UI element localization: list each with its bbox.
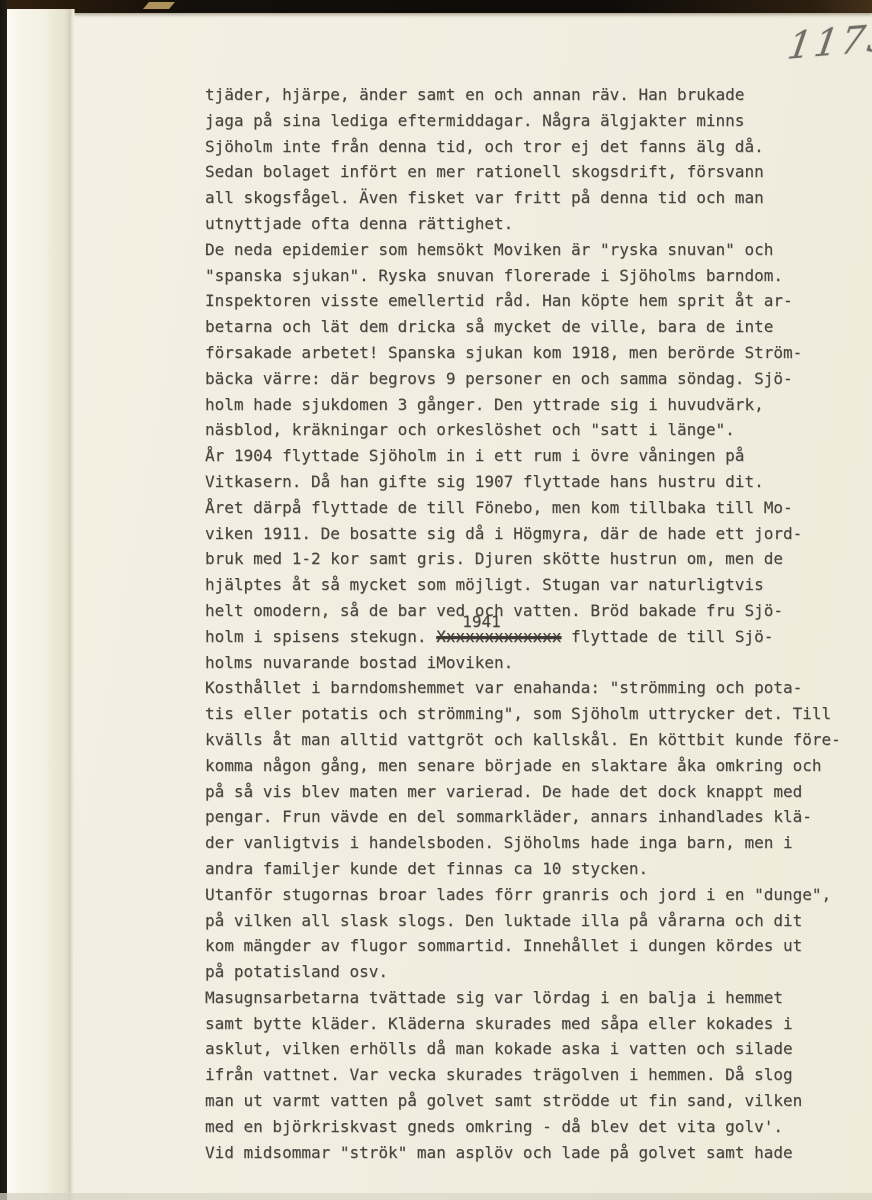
typed-line: man ut varmt vatten på golvet samt ströd… xyxy=(205,1088,855,1114)
typed-line: Inspektoren visste emellertid råd. Han k… xyxy=(205,288,855,314)
typed-line: Sedan bolaget infört en mer rationell sk… xyxy=(205,159,855,185)
typed-line: ifrån vattnet. Var vecka skurades trägol… xyxy=(205,1062,855,1088)
page-bottom-shadow xyxy=(0,1193,872,1200)
typed-line: försakade arbetet! Spanska sjukan kom 19… xyxy=(205,340,855,366)
struck-out-text: Xxxxxxxxxxxxx1941 xyxy=(436,627,561,646)
typed-line: Vitkasern. Då han gifte sig 1907 flyttad… xyxy=(205,469,855,495)
typed-line: holms nuvarande bostad iMoviken. xyxy=(205,650,855,676)
typed-line: med en björkriskvast gneds omkring - då … xyxy=(205,1114,855,1140)
typed-line: holm i spisens stekugn. Xxxxxxxxxxxxx194… xyxy=(205,624,855,650)
typed-line: näsblod, kräkningar och orkeslöshet och … xyxy=(205,417,855,443)
typed-line: kvälls åt man alltid vattgröt och kallsk… xyxy=(205,727,855,753)
page-edge-seam xyxy=(69,9,75,1200)
typed-line: Utanför stugornas broar lades förr granr… xyxy=(205,882,855,908)
typed-line: viken 1911. De bosatte sig då i Högmyra,… xyxy=(205,521,855,547)
typed-text-block: tjäder, hjärpe, änder samt en och annan … xyxy=(205,82,855,1165)
typed-line: all skogsfågel. Även fisket var fritt på… xyxy=(205,185,855,211)
typed-line: bäcka värre: där begrovs 9 personer en o… xyxy=(205,366,855,392)
typed-line: hjälptes åt så mycket som möjligt. Stuga… xyxy=(205,572,855,598)
typed-line: der vanligtvis i handelsboden. Sjöholms … xyxy=(205,830,855,856)
binding-tan-mark xyxy=(143,2,175,9)
typed-line: utnyttjade ofta denna rättighet. xyxy=(205,211,855,237)
typed-line: på så vis blev maten mer varierad. De ha… xyxy=(205,779,855,805)
typed-line: samt bytte kläder. Kläderna skurades med… xyxy=(205,1011,855,1037)
typed-line: De neda epidemier som hemsökt Moviken är… xyxy=(205,237,855,263)
typed-line: Vid midsommar "strök" man asplöv och lad… xyxy=(205,1140,855,1166)
typed-line: betarna och lät dem dricka så mycket de … xyxy=(205,314,855,340)
typed-line: kom mängder av flugor sommartid. Innehål… xyxy=(205,933,855,959)
typed-line: Masugnsarbetarna tvättade sig var lördag… xyxy=(205,985,855,1011)
scanned-page: 1175 tjäder, hjärpe, änder samt en och a… xyxy=(0,0,872,1200)
typed-line: År 1904 flyttade Sjöholm in i ett rum i … xyxy=(205,443,855,469)
book-binding-top-edge xyxy=(0,0,872,13)
typed-line: pengar. Frun vävde en del sommarkläder, … xyxy=(205,804,855,830)
typed-line: bruk med 1-2 kor samt gris. Djuren skött… xyxy=(205,546,855,572)
typed-line: Kosthållet i barndomshemmet var enahanda… xyxy=(205,675,855,701)
typed-text: holm i spisens stekugn. xyxy=(205,627,436,646)
page-edge-highlight xyxy=(7,9,21,1200)
typed-line: jaga på sina lediga eftermiddagar. Några… xyxy=(205,108,855,134)
typed-line: på vilken all slask slogs. Den luktade i… xyxy=(205,908,855,934)
typed-line: på potatisland osv. xyxy=(205,959,855,985)
typed-line: tis eller potatis och strömming", som Sj… xyxy=(205,701,855,727)
typed-line: Sjöholm inte från denna tid, och tror ej… xyxy=(205,134,855,160)
typed-line: andra familjer kunde det finnas ca 10 st… xyxy=(205,856,855,882)
typed-line: Året därpå flyttade de till Fönebo, men … xyxy=(205,495,855,521)
typed-line: helt omodern, så de bar ved och vatten. … xyxy=(205,598,855,624)
typed-line: "spanska sjukan". Ryska snuvan florerade… xyxy=(205,263,855,289)
handwritten-page-number: 1175 xyxy=(785,15,872,68)
typed-line: holm hade sjukdomen 3 gånger. Den yttrad… xyxy=(205,392,855,418)
book-binding-left-edge xyxy=(0,0,7,1200)
typed-text: flyttade de till Sjö- xyxy=(561,627,773,646)
typed-line: tjäder, hjärpe, änder samt en och annan … xyxy=(205,82,855,108)
typed-line: komma någon gång, men senare började en … xyxy=(205,753,855,779)
typed-line: asklut, vilken erhölls då man kokade ask… xyxy=(205,1036,855,1062)
overtyped-correction: 1941 xyxy=(462,613,501,631)
